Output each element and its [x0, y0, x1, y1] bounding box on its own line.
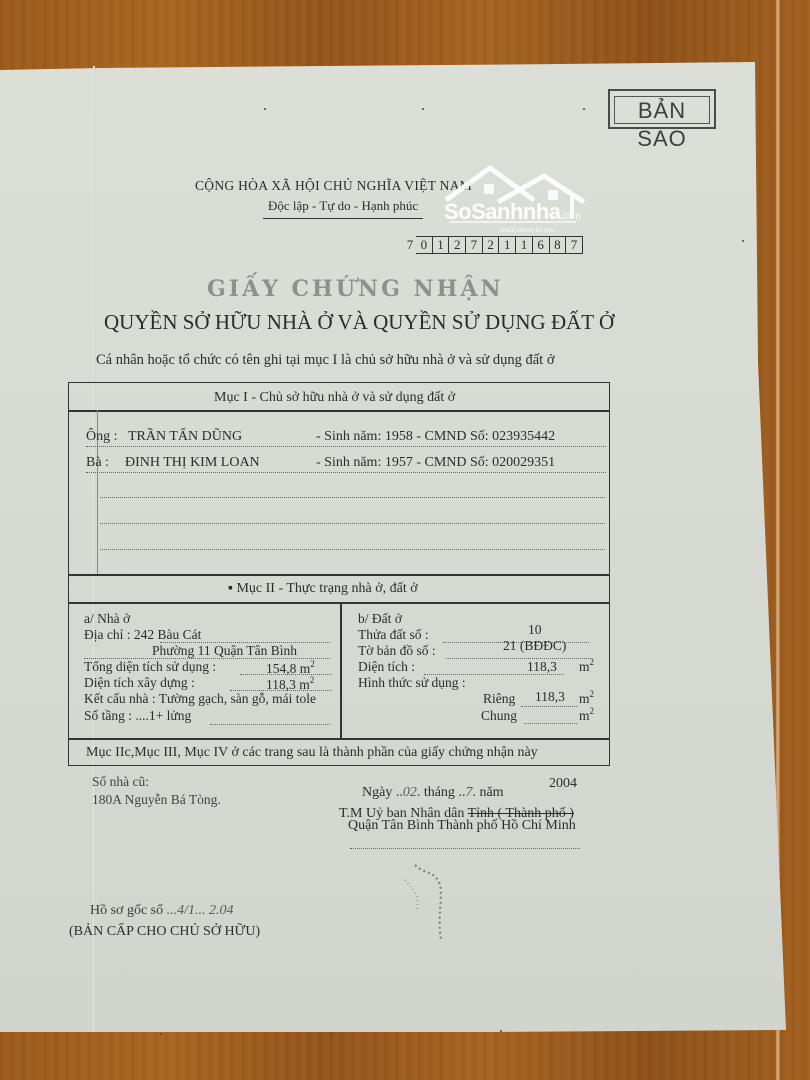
- land-private-area: 118,3: [535, 689, 565, 705]
- serial-digit: 1: [516, 236, 533, 254]
- watermark-brand: SoSanhnha.com: [444, 199, 580, 225]
- motto-underline: [263, 218, 423, 219]
- land-area: 118,3: [527, 659, 557, 675]
- house-address-line2: Phường 11 Quận Tân Bình: [152, 643, 297, 659]
- owner-details: - Sinh năm: 1957 - CMND Số: 020029351: [316, 455, 555, 471]
- house-address: Địa chỉ : 242 Bàu Cát: [84, 627, 201, 643]
- certificate-subtitle: QUYỀN SỞ HỮU NHÀ Ở VÀ QUYỀN SỬ DỤNG ĐẤT …: [104, 310, 614, 335]
- land-private-label: Riêng: [483, 691, 515, 707]
- section2-heading: ▪ Mục II - Thực trạng nhà ở, đất ở: [228, 581, 418, 597]
- land-map-label: Tờ bản đồ số :: [358, 643, 436, 659]
- land-shared-label: Chung: [481, 708, 517, 724]
- owner-name: ĐINH THỊ KIM LOAN: [125, 455, 260, 471]
- owner-title: Bà :: [86, 455, 109, 471]
- copy-note: (BẢN CẤP CHO CHỦ SỞ HỮU): [69, 924, 260, 940]
- issue-date: Ngày ..02. tháng ..7. năm: [362, 785, 504, 801]
- land-private-unit: m2: [579, 689, 594, 707]
- serial-digit: 7: [566, 236, 583, 254]
- serial-digit: 2: [449, 236, 466, 254]
- serial-digit: 1: [433, 236, 450, 254]
- serial-digit: 1: [499, 236, 516, 254]
- section1-heading: Mục I - Chủ sở hữu nhà ở và sử dụng đất …: [214, 390, 455, 406]
- house-heading: a/ Nhà ở: [84, 611, 130, 627]
- land-shared-unit: m2: [579, 706, 594, 724]
- copy-stamp-label: BẢN SAO: [614, 96, 710, 124]
- serial-prefix: 7: [404, 237, 416, 253]
- watermark-tagline: Great choice for you: [500, 228, 554, 234]
- house-total-area-label: Tổng diện tích sử dụng :: [84, 659, 216, 675]
- land-plot: 10: [528, 622, 542, 638]
- old-address: 180A Nguyễn Bá Tòng.: [92, 792, 221, 808]
- land-map: 21 (BĐĐC): [503, 638, 566, 654]
- serial-digit: 2: [483, 236, 500, 254]
- serial-digit: 7: [466, 236, 483, 254]
- land-usage-label: Hình thức sử dụng :: [358, 675, 466, 691]
- house-floors: Số tầng : ....1+ lửng: [84, 708, 191, 724]
- national-motto: Độc lập - Tự do - Hạnh phúc: [268, 198, 418, 214]
- owner-details: - Sinh năm: 1958 - CMND Số: 023935442: [316, 429, 555, 445]
- serial-digit: 0: [416, 236, 433, 254]
- owner-name: TRẦN TẤN DŨNG: [128, 429, 242, 445]
- land-plot-label: Thửa đất số :: [358, 627, 429, 643]
- certificate-title: GIẤY CHỨNG NHẬN: [207, 276, 504, 302]
- republic-title: CỘNG HÒA XÃ HỘI CHỦ NGHĨA VIỆT NAM: [195, 178, 472, 194]
- continuation-note: Mục IIc,Mục III, Mục IV ở các trang sau …: [86, 745, 538, 761]
- land-area-label: Diện tích :: [358, 659, 415, 675]
- old-address-label: Số nhà cũ:: [92, 774, 149, 790]
- authority-line2: Quận Tân Bình Thành phố Hồ Chí Minh: [348, 818, 576, 834]
- owner-title: Ông :: [86, 429, 118, 445]
- house-built-area-label: Diện tích xây dựng :: [84, 675, 195, 691]
- serial-number: 7 0 1 2 7 2 1 1 6 8 7: [404, 236, 583, 254]
- signature-seal-mark: [395, 855, 465, 945]
- issue-year: 2004: [549, 776, 577, 792]
- copy-stamp: BẢN SAO: [608, 89, 716, 129]
- certificate-description: Cá nhân hoặc tổ chức có tên ghi tại mục …: [96, 352, 555, 369]
- serial-digit: 8: [550, 236, 567, 254]
- land-area-unit: m2: [579, 657, 594, 675]
- land-heading: b/ Đất ở: [358, 611, 402, 627]
- house-structure: Kết cấu nhà : Tường gạch, sàn gỗ, mái to…: [84, 691, 316, 707]
- serial-digit: 6: [533, 236, 550, 254]
- file-number: Hồ sơ gốc số ...4/1... 2.04: [90, 903, 234, 919]
